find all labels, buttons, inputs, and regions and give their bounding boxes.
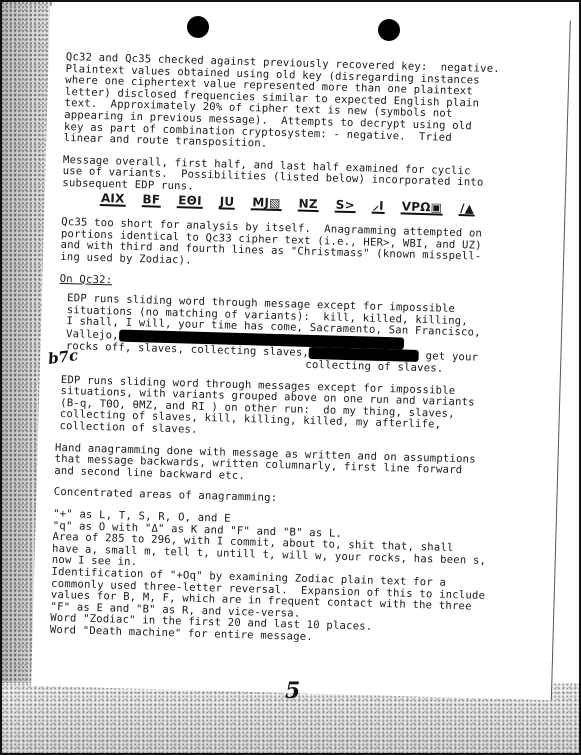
text-fragment: Vallejo,	[66, 328, 119, 341]
cipher-group: AIX	[100, 193, 126, 207]
typed-document: Qc32 and Qc35 checked against previously…	[49, 52, 555, 660]
paragraph-qc35: Qc35 too short for analysis by itself. A…	[60, 217, 551, 277]
cipher-group: S>	[335, 199, 356, 213]
cipher-group: /▲	[459, 203, 475, 217]
cipher-group: ⸝I	[372, 200, 385, 214]
section-heading: On Qc32:	[59, 273, 112, 286]
paragraph-key-check: Qc32 and Qc35 checked against previously…	[63, 52, 555, 158]
cipher-group: MJ▧	[251, 197, 282, 211]
paragraph-concentrated-areas: Concentrated areas of anagramming: "+" a…	[50, 487, 544, 650]
punch-hole-right	[378, 19, 400, 41]
cipher-group: VPΩ▣	[401, 201, 444, 216]
punch-hole-left	[187, 16, 209, 38]
paragraph-edp-run-2: EDP runs sliding word through messages e…	[59, 375, 546, 447]
text-line: Concentrated areas of anagramming:	[54, 487, 544, 512]
paragraph-hand-anagramming: Hand anagramming done with message as wr…	[54, 442, 545, 490]
paragraph-edp-run-1: EDP runs sliding word through message ex…	[65, 293, 549, 378]
cipher-group: JU	[218, 196, 235, 210]
cipher-group: NZ	[297, 198, 319, 212]
cipher-group: BF	[141, 194, 161, 208]
handwritten-page-number: 5	[285, 678, 300, 704]
cipher-group: EΘI	[177, 195, 203, 209]
